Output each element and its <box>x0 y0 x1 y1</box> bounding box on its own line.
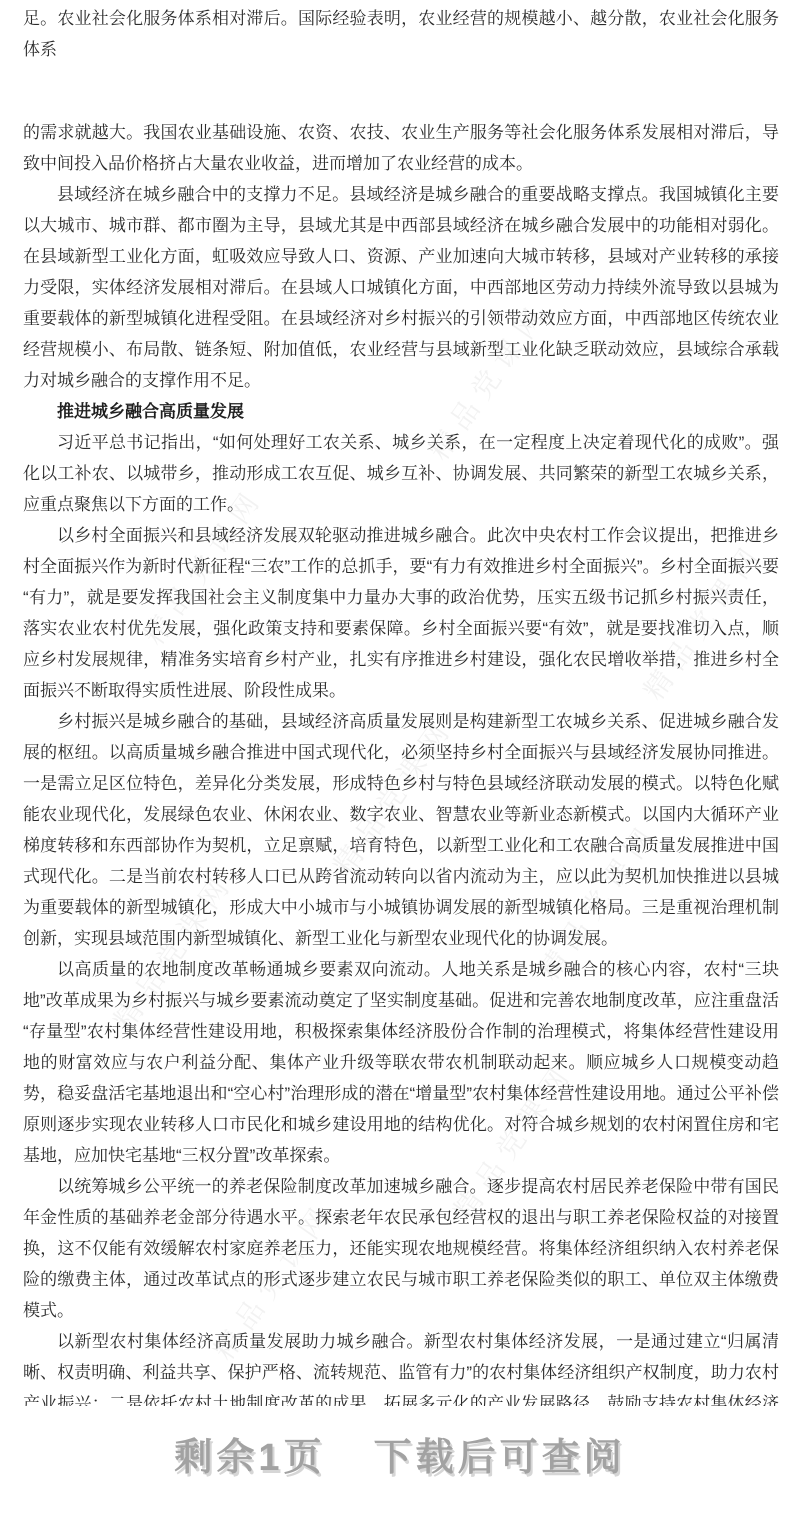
download-hint-label: 下载后可查阅 <box>374 1426 626 1481</box>
document-text-area: 足。农业社会化服务体系相对滞后。国际经验表明，农业经营的规模越小、越分散，农业社… <box>23 0 779 1406</box>
remaining-pages-notice: 剩余1页 下载后可查阅 <box>0 1426 800 1481</box>
section-heading: 推进城乡融合高质量发展 <box>23 396 779 427</box>
paragraph: 以新型农村集体经济高质量发展助力城乡融合。新型农村集体经济发展，一是通过建立“归… <box>23 1326 779 1406</box>
continuation-paragraph: 的需求就越大。我国农业基础设施、农资、农技、农业生产服务等社会化服务体系发展相对… <box>23 117 779 179</box>
continuation-line: 足。农业社会化服务体系相对滞后。国际经验表明，农业经营的规模越小、越分散，农业社… <box>23 3 779 65</box>
document-page: { "document": { "watermark": "精品党课网", "b… <box>0 0 800 1533</box>
paragraph: 以乡村全面振兴和县域经济发展双轮驱动推进城乡融合。此次中央农村工作会议提出，把推… <box>23 520 779 706</box>
paragraph: 习近平总书记指出，“如何处理好工农关系、城乡关系，在一定程度上决定着现代化的成败… <box>23 427 779 520</box>
paragraph: 乡村振兴是城乡融合的基础，县域经济高质量发展则是构建新型工农城乡关系、促进城乡融… <box>23 706 779 954</box>
pages-remaining-label: 剩余1页 <box>174 1426 325 1481</box>
paragraph: 县域经济在城乡融合中的支撑力不足。县域经济是城乡融合的重要战略支撑点。我国城镇化… <box>23 179 779 396</box>
paragraph: 以统筹城乡公平统一的养老保险制度改革加速城乡融合。逐步提高农村居民养老保险中带有… <box>23 1171 779 1326</box>
paragraph: 以高质量的农地制度改革畅通城乡要素双向流动。人地关系是城乡融合的核心内容，农村“… <box>23 954 779 1171</box>
